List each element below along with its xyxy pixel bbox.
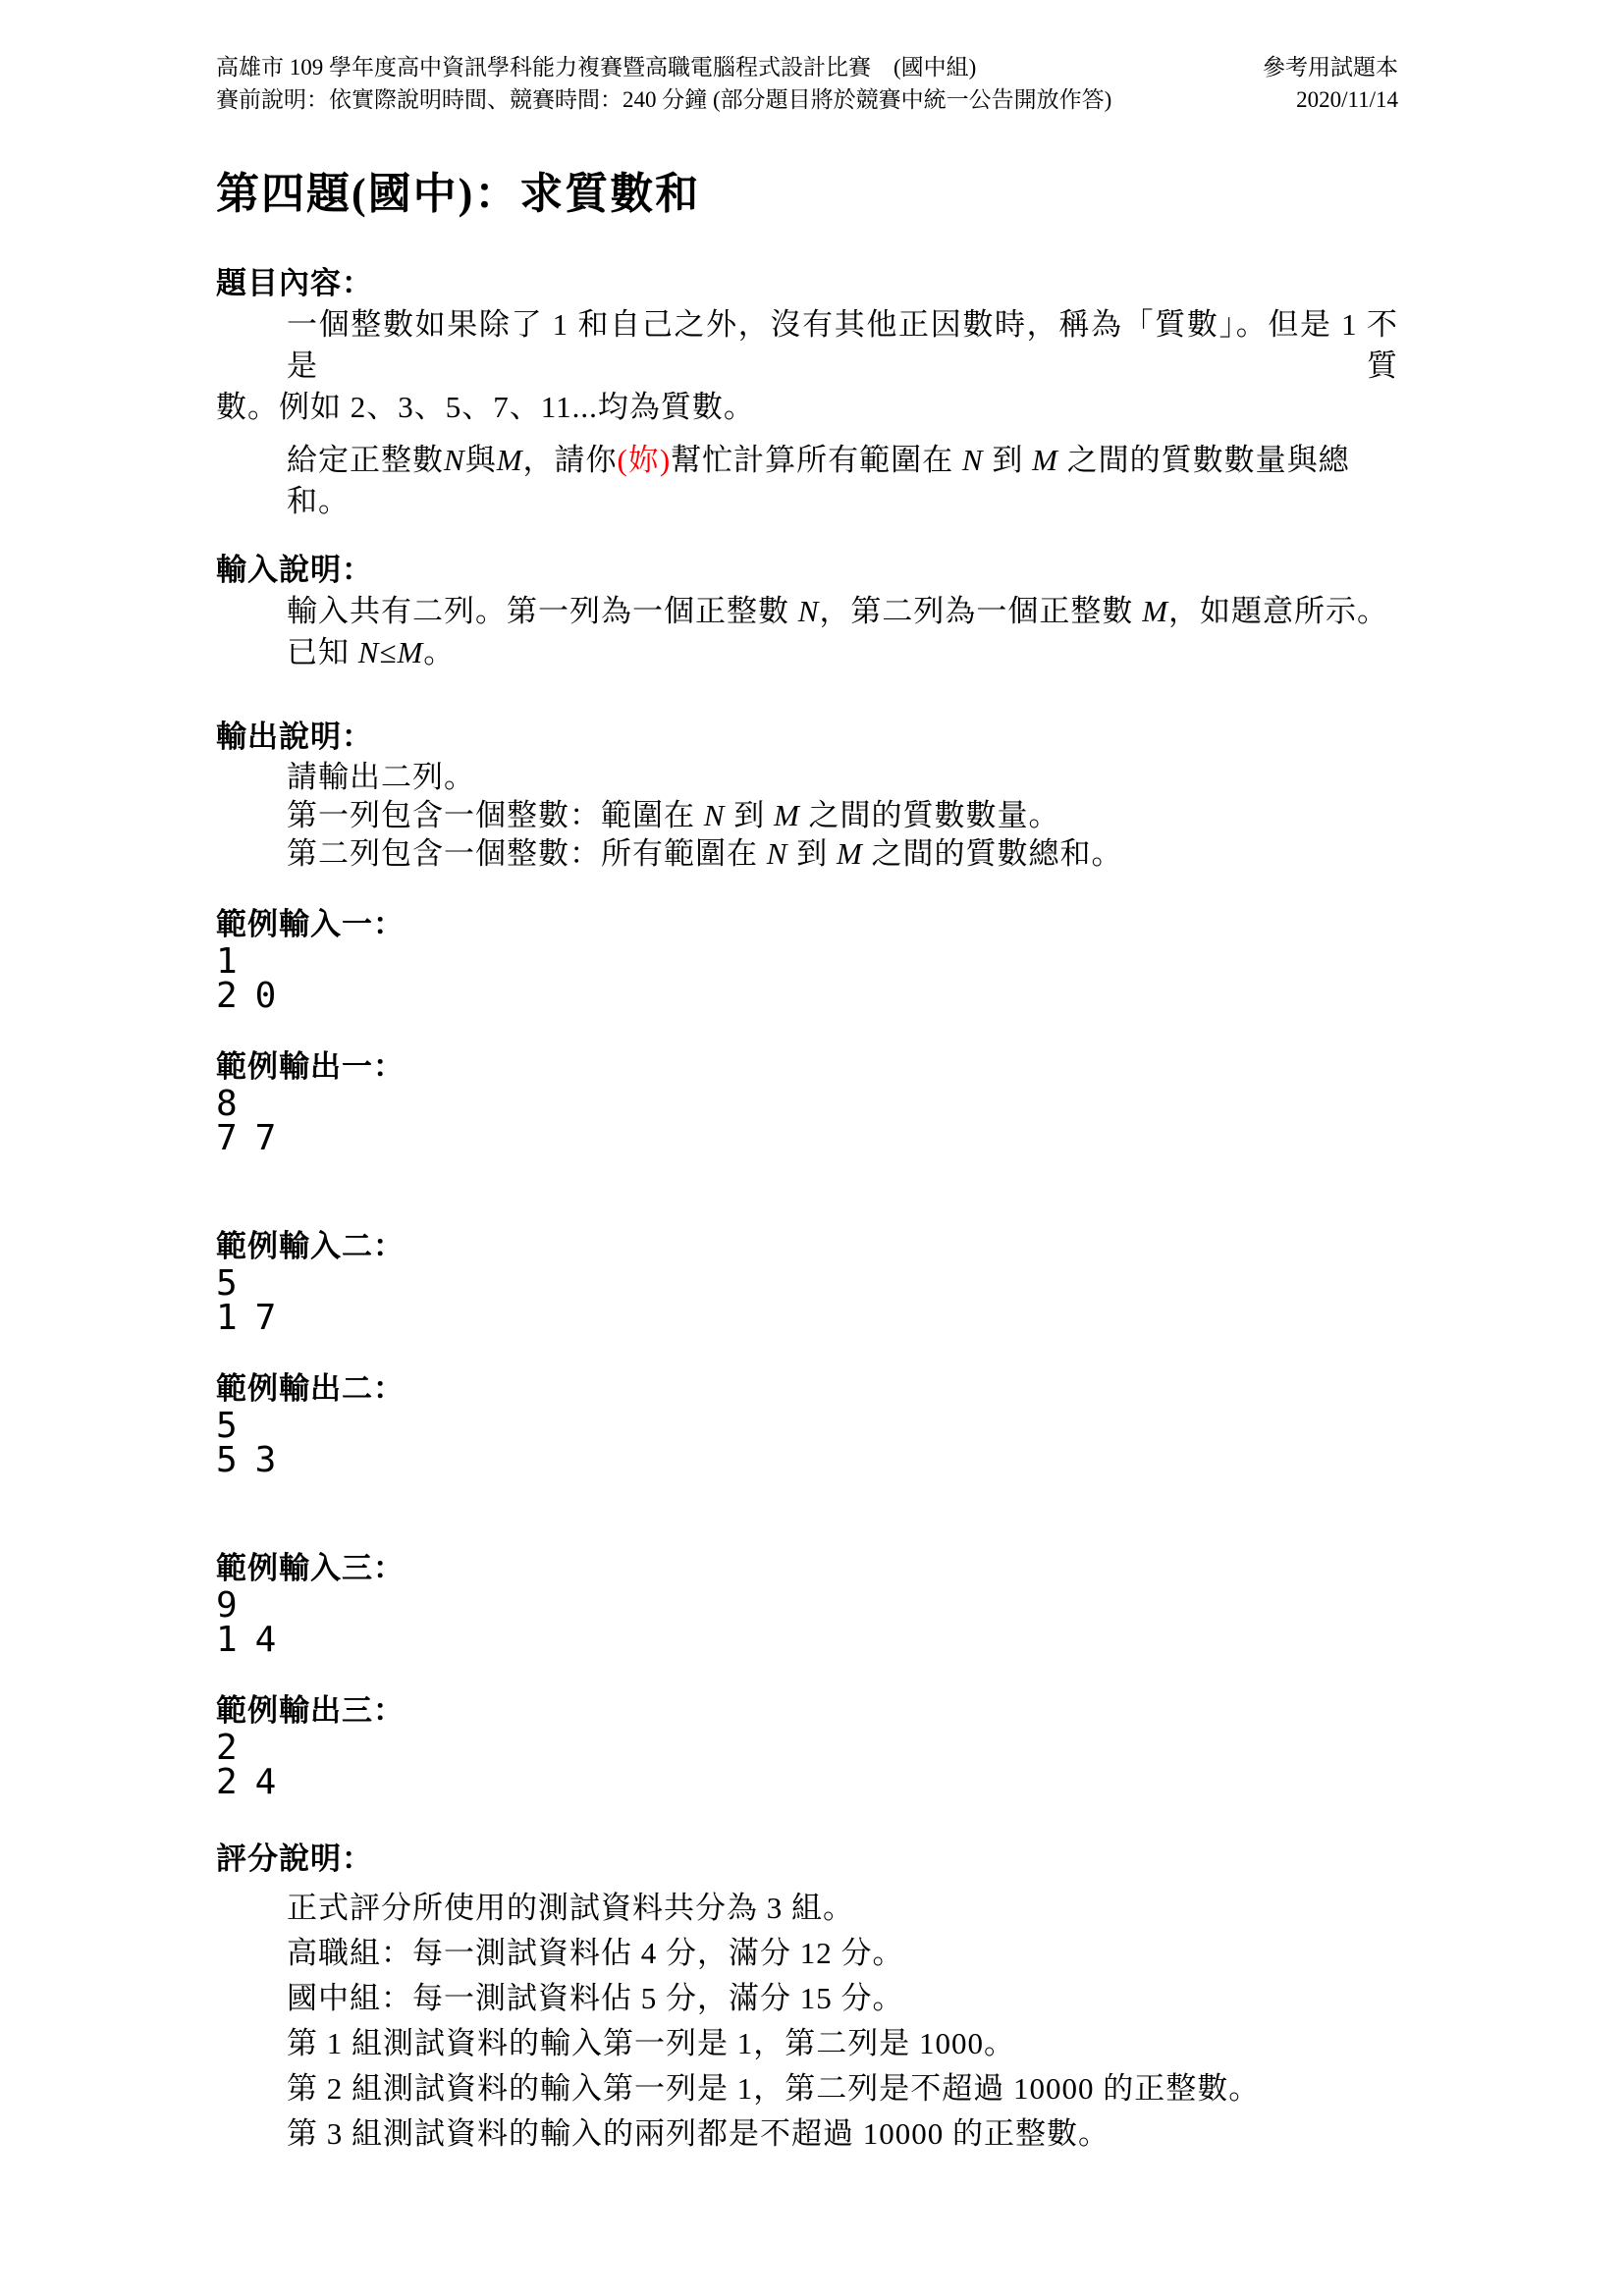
text-segment: 輸入共有二列。第一列為一個正整數 xyxy=(287,594,798,628)
text-segment: ，第二列為一個正整數 xyxy=(819,594,1142,628)
text-segment: 第一列包含一個整數：範圍在 xyxy=(287,798,704,832)
output-spec-line2: 第一列包含一個整數：範圍在 N 到 M 之間的質數數量。 xyxy=(216,796,1398,834)
sample1-input-line1: 1 xyxy=(216,944,1398,979)
section-heading-grading: 評分說明： xyxy=(216,1839,1398,1880)
text-segment: N xyxy=(962,443,984,477)
problem-paragraph-2: 給定正整數N與M，請你(妳)幫忙計算所有範圍在 N 到 M 之間的質數數量與總和… xyxy=(216,440,1398,522)
grading-line: 國中組：每一測試資料佔 5 分，滿分 15 分。 xyxy=(216,1976,1398,2021)
text-segment: 之間的質數數量。 xyxy=(800,798,1060,832)
text-segment: M xyxy=(1032,443,1058,477)
document-page: 高雄市 109 學年度高中資訊學科能力複賽暨高職電腦程式設計比賽 (國中組) 賽… xyxy=(0,0,1624,2296)
grading-line: 高職組：每一測試資料佔 4 分，滿分 12 分。 xyxy=(216,1931,1398,1976)
text-segment: N xyxy=(444,443,465,477)
grading-line: 正式評分所使用的測試資料共分為 3 組。 xyxy=(216,1886,1398,1931)
input-spec-line2: 已知 N≤M。 xyxy=(216,632,1398,673)
text-segment: N≤M xyxy=(358,635,424,669)
page-content: 高雄市 109 學年度高中資訊學科能力複賽暨高職電腦程式設計比賽 (國中組) 賽… xyxy=(0,0,1624,2157)
text-segment: (妳) xyxy=(618,443,672,477)
text-segment: 給定正整數 xyxy=(287,443,444,477)
header-date: 2020/11/14 xyxy=(1263,83,1398,116)
text-segment: N xyxy=(767,836,788,871)
text-segment: 幫忙計算所有範圍在 xyxy=(671,443,962,477)
sample1-output-label: 範例輸出一： xyxy=(216,1047,1398,1087)
text-segment: 到 xyxy=(984,443,1033,477)
page-title: 第四題(國中)：求質數和 xyxy=(216,169,1398,220)
input-spec-line1: 輸入共有二列。第一列為一個正整數 N，第二列為一個正整數 M，如題意所示。 xyxy=(216,591,1398,632)
text-segment: 第二列包含一個整數：所有範圍在 xyxy=(287,836,767,871)
header-left: 高雄市 109 學年度高中資訊學科能力複賽暨高職電腦程式設計比賽 (國中組) 賽… xyxy=(216,51,1111,116)
grading-line: 第 1 組測試資料的輸入第一列是 1，第二列是 1000。 xyxy=(216,2021,1398,2066)
header-contest-instructions: 賽前說明：依實際說明時間、競賽時間：240 分鐘 (部分題目將於競賽中統一公告開… xyxy=(216,83,1111,116)
section-heading-problem: 題目內容： xyxy=(216,263,1398,304)
text-segment: M xyxy=(1142,594,1168,628)
sample1-input-label: 範例輸入一： xyxy=(216,905,1398,944)
output-spec-line3: 第二列包含一個整數：所有範圍在 N 到 M 之間的質數總和。 xyxy=(216,834,1398,873)
text-segment: ，如題意所示。 xyxy=(1168,594,1388,628)
sample3-input-label: 範例輸入三： xyxy=(216,1549,1398,1588)
sample2-input-label: 範例輸入二： xyxy=(216,1227,1398,1266)
sample3-output-line2: 24 xyxy=(216,1765,1398,1799)
text-segment: 到 xyxy=(787,836,837,871)
grading-line: 第 2 組測試資料的輸入第一列是 1，第二列是不超過 10000 的正整數。 xyxy=(216,2066,1398,2111)
text-segment: 與 xyxy=(465,443,497,477)
sample2-output-label: 範例輸出二： xyxy=(216,1369,1398,1409)
section-heading-input: 輸入說明： xyxy=(216,550,1398,591)
text-segment: M xyxy=(497,443,523,477)
text-segment: N xyxy=(704,798,726,832)
sample3-input-line2: 14 xyxy=(216,1623,1398,1657)
header-contest-title: 高雄市 109 學年度高中資訊學科能力複賽暨高職電腦程式設計比賽 (國中組) xyxy=(216,51,1111,83)
sample3-input-line1: 9 xyxy=(216,1588,1398,1623)
sample2-input-line2: 17 xyxy=(216,1301,1398,1335)
header-right: 參考用試題本 2020/11/14 xyxy=(1263,51,1398,116)
page-header: 高雄市 109 學年度高中資訊學科能力複賽暨高職電腦程式設計比賽 (國中組) 賽… xyxy=(216,51,1398,116)
text-segment: N xyxy=(798,594,820,628)
problem-paragraph-line2: 數。例如 2、3、5、7、11...均為質數。 xyxy=(216,387,1398,428)
problem-paragraph-line1: 一個整數如果除了 1 和自己之外，沒有其他正因數時，稱為「質數」。但是 1 不是… xyxy=(216,304,1398,387)
output-spec-line1: 請輸出二列。 xyxy=(216,758,1398,796)
text-segment: 已知 xyxy=(287,635,358,669)
sample2-input-line1: 5 xyxy=(216,1266,1398,1301)
sample1-output-line1: 8 xyxy=(216,1087,1398,1121)
text-segment: 到 xyxy=(725,798,774,832)
grading-line: 第 3 組測試資料的輸入的兩列都是不超過 10000 的正整數。 xyxy=(216,2111,1398,2157)
sample3-output-label: 範例輸出三： xyxy=(216,1691,1398,1731)
sample2-output-line1: 5 xyxy=(216,1409,1398,1443)
text-segment: 。 xyxy=(423,635,455,669)
sample2-output-line2: 53 xyxy=(216,1443,1398,1477)
text-segment: M xyxy=(774,798,800,832)
text-segment: ，請你 xyxy=(523,443,618,477)
sample1-output-line2: 77 xyxy=(216,1121,1398,1155)
text-segment: M xyxy=(837,836,863,871)
header-booklet-type: 參考用試題本 xyxy=(1263,51,1398,83)
grading-lines: 正式評分所使用的測試資料共分為 3 組。 高職組：每一測試資料佔 4 分，滿分 … xyxy=(216,1886,1398,2157)
sample3-output-line1: 2 xyxy=(216,1731,1398,1765)
text-segment: 之間的質數總和。 xyxy=(863,836,1123,871)
sample1-input-line2: 20 xyxy=(216,979,1398,1013)
section-heading-output: 輸出說明： xyxy=(216,717,1398,758)
